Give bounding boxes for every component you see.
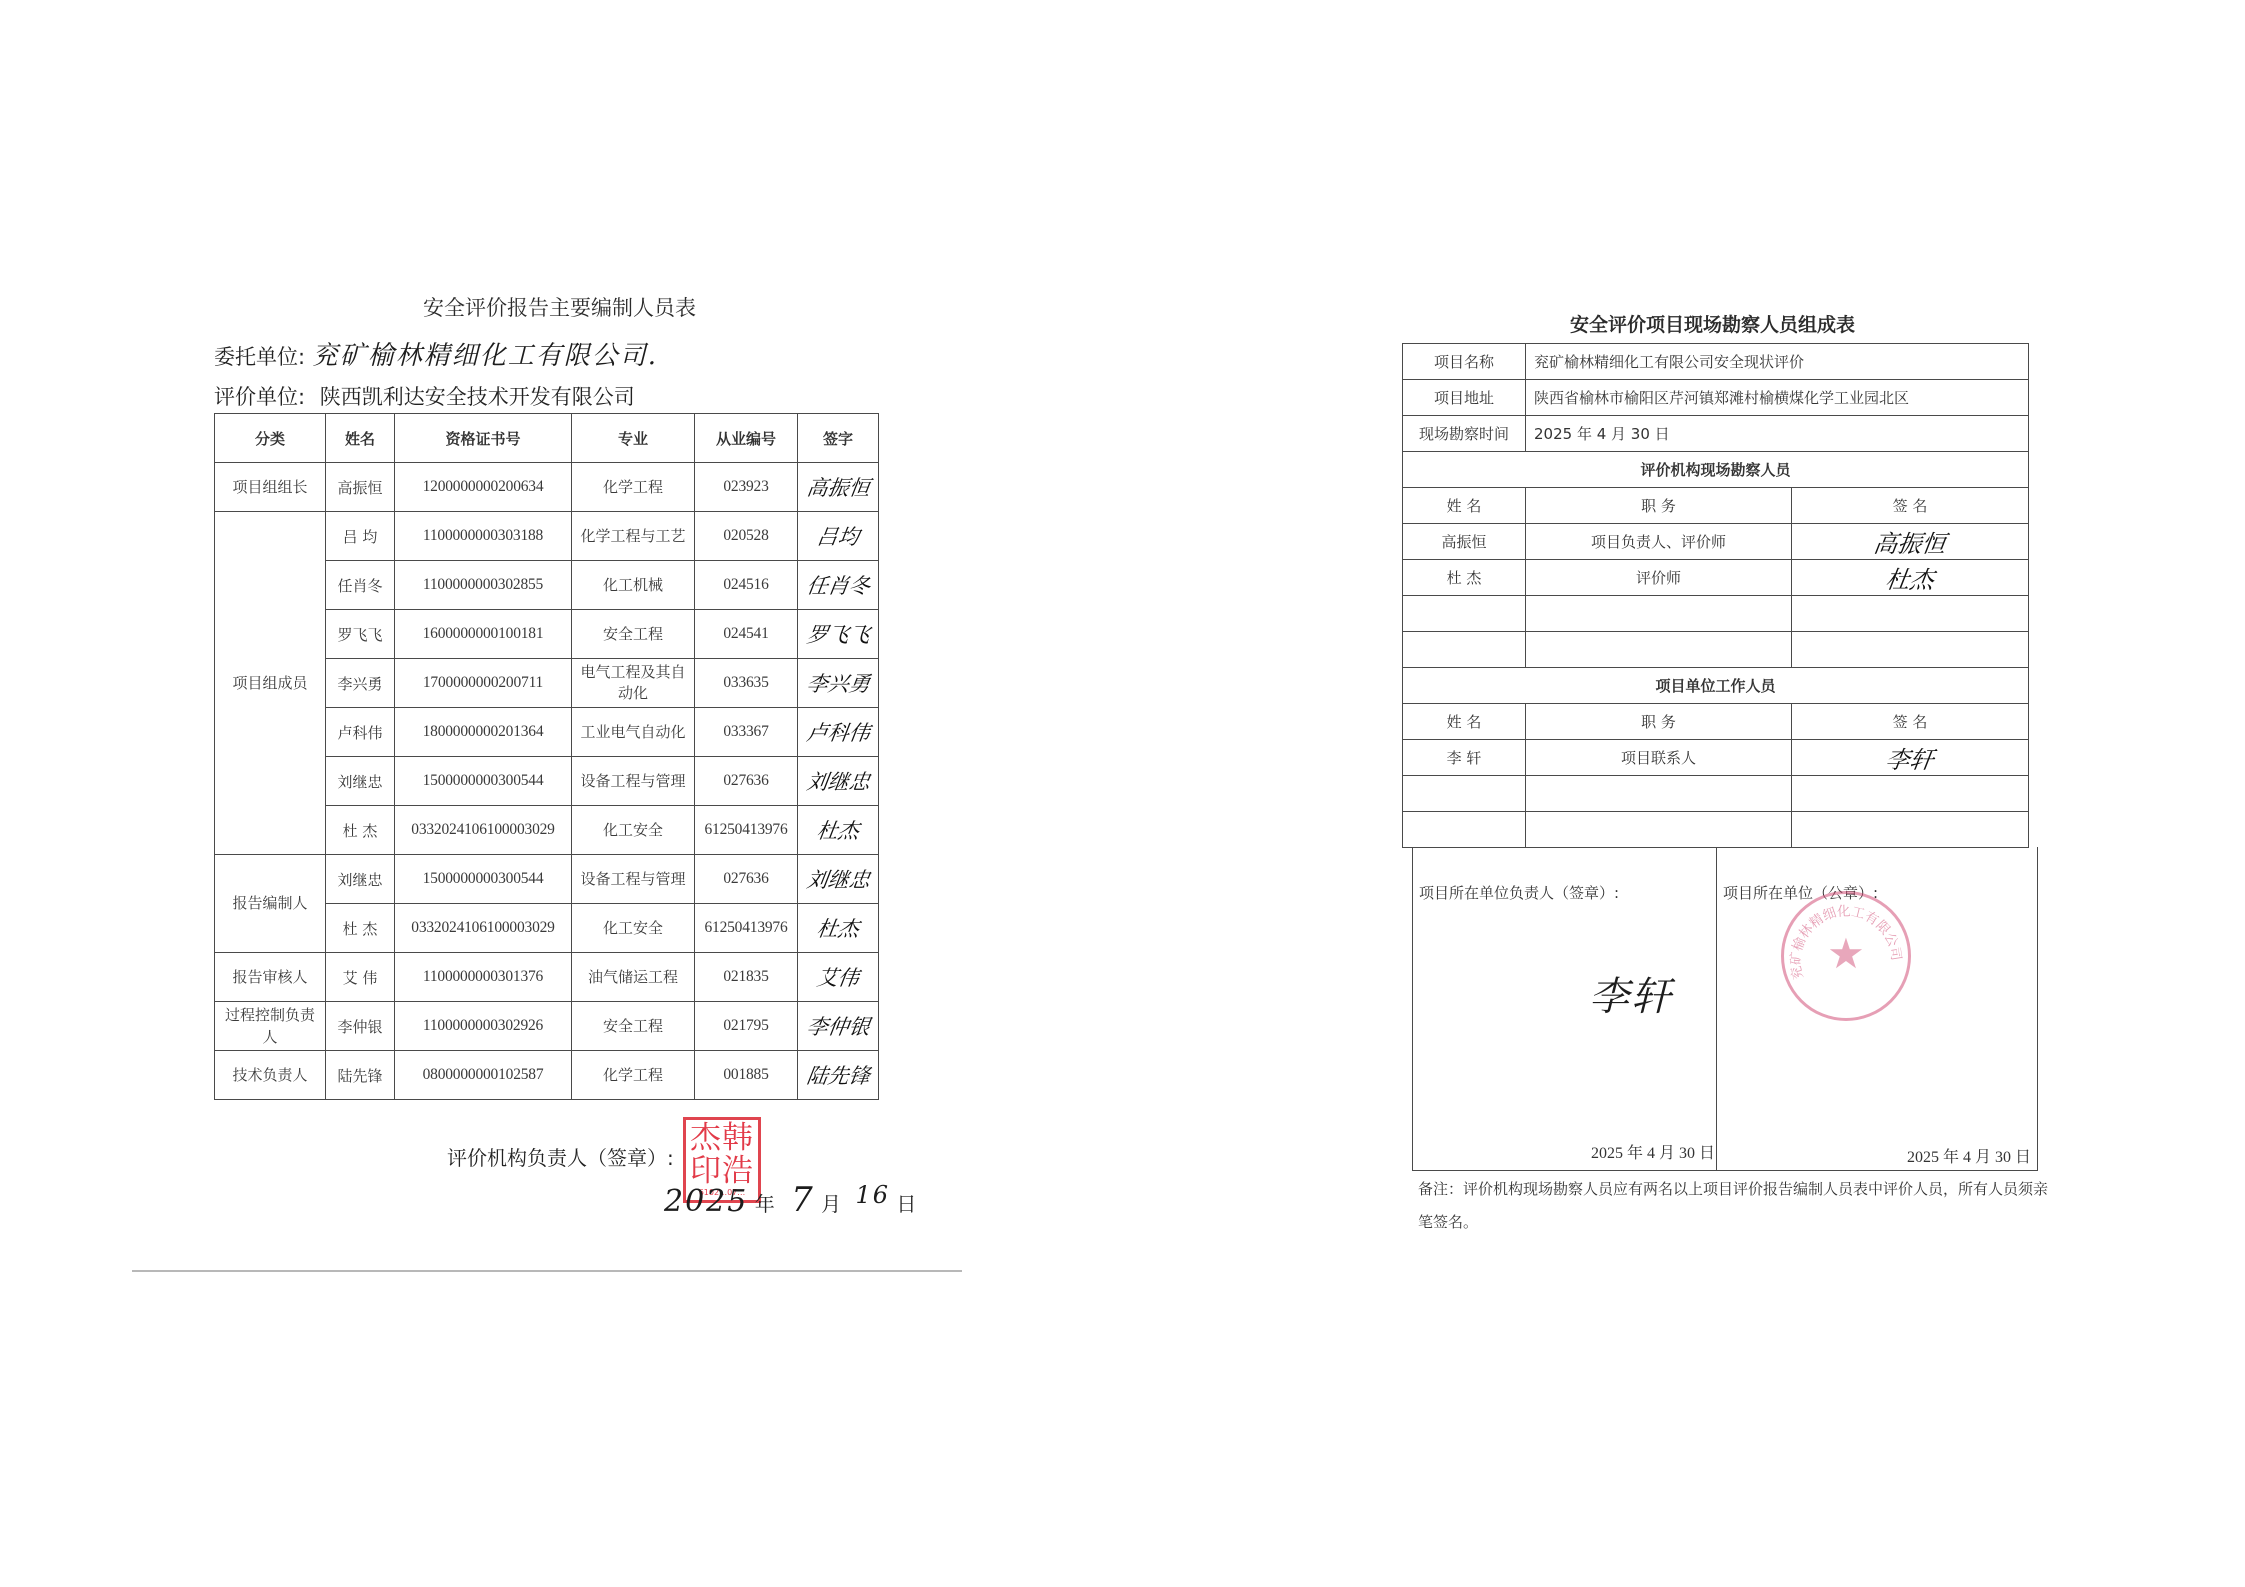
cert-number-cell: 0332024106100003029 xyxy=(395,904,572,953)
reg-number-cell: 021795 xyxy=(695,1002,798,1051)
staff-table: 分类 姓名 资格证书号 专业 从业编号 签字 项目组组长高振恒120000000… xyxy=(214,413,879,1100)
handwritten-signature: 杜杰 xyxy=(815,913,861,943)
unit-head-date: 2025 年 4 月 30 日 xyxy=(1591,1140,1715,1163)
unit-head-signature: 李轩 xyxy=(1589,965,1673,1022)
col-header-name: 姓 名 xyxy=(1403,488,1526,524)
table-row: 李 轩项目联系人李轩 xyxy=(1403,740,2029,776)
name-cell: 李兴勇 xyxy=(326,659,395,708)
handwritten-signature: 罗飞飞 xyxy=(804,619,871,649)
signature-cell: 刘继忠 xyxy=(798,757,879,806)
unit-seal-date: 2025 年 4 月 30 日 xyxy=(1907,1144,2031,1167)
cert-number-cell: 1700000000200711 xyxy=(395,659,572,708)
cert-number-cell: 1100000000303188 xyxy=(395,512,572,561)
name-cell: 杜 杰 xyxy=(326,904,395,953)
reg-number-cell: 024541 xyxy=(695,610,798,659)
handwritten-signature: 陆先锋 xyxy=(804,1060,871,1090)
svg-text:兖矿榆林精细化工有限公司: 兖矿榆林精细化工有限公司 xyxy=(1788,903,1904,981)
signature-cell: 高振恒 xyxy=(1792,524,2029,560)
major-cell: 化学工程 xyxy=(572,1051,695,1100)
cert-number-cell: 1800000000201364 xyxy=(395,708,572,757)
date-month-suffix: 月 xyxy=(821,1192,841,1216)
reg-number-cell: 61250413976 xyxy=(695,904,798,953)
client-value-handwritten: 兖矿榆林精细化工有限公司. xyxy=(312,341,658,371)
unit-head-sign-box: 项目所在单位负责人（签章）: 李轩 2025 年 4 月 30 日 xyxy=(1412,847,1716,1171)
table-row: 报告审核人艾 伟1100000000301376油气储运工程021835艾伟 xyxy=(215,953,879,1002)
handwritten-signature: 高振恒 xyxy=(1872,524,1949,559)
info-row: 现场勘察时间2025 年 4 月 30 日 xyxy=(1403,416,2029,452)
signature-cell: 陆先锋 xyxy=(798,1051,879,1100)
major-cell: 化学工程 xyxy=(572,463,695,512)
duty-cell: 项目联系人 xyxy=(1526,740,1792,776)
info-value: 2025 年 4 月 30 日 xyxy=(1526,416,2029,452)
date-year-handwritten: 2025 xyxy=(664,1184,748,1219)
survey-staff-table: 项目名称兖矿榆林精细化工有限公司安全现状评价项目地址陕西省榆林市榆阳区芹河镇郑滩… xyxy=(1402,343,2029,848)
signature-cell: 李轩 xyxy=(1792,740,2029,776)
left-sign-date: 2025 年 7 月 16 日 xyxy=(664,1180,916,1220)
cert-number-cell: 1500000000300544 xyxy=(395,855,572,904)
reg-number-cell: 027636 xyxy=(695,757,798,806)
signature-cell xyxy=(1792,596,2029,632)
name-cell: 高振恒 xyxy=(1403,524,1526,560)
major-cell: 安全工程 xyxy=(572,610,695,659)
name-cell: 李 轩 xyxy=(1403,740,1526,776)
cert-number-cell: 1100000000302926 xyxy=(395,1002,572,1051)
duty-cell xyxy=(1526,776,1792,812)
unit-seal-box: 项目所在单位（公章）: ★ 兖矿榆林精细化工有限公司 2025 年 4 月 30… xyxy=(1716,847,2038,1171)
right-doc-title: 安全评价项目现场勘察人员组成表 xyxy=(1570,310,1855,337)
handwritten-signature: 李仲银 xyxy=(804,1011,871,1041)
category-cell: 过程控制负责人 xyxy=(215,1002,326,1051)
handwritten-signature: 杜杰 xyxy=(1884,560,1937,595)
signature-cell: 李仲银 xyxy=(798,1002,879,1051)
reg-number-cell: 61250413976 xyxy=(695,806,798,855)
handwritten-signature: 卢科伟 xyxy=(804,717,871,747)
table-row xyxy=(1403,812,2029,848)
info-label: 现场勘察时间 xyxy=(1403,416,1526,452)
cert-number-cell: 1100000000302855 xyxy=(395,561,572,610)
evaluator-value: 陕西凯利达安全技术开发有限公司 xyxy=(320,385,635,409)
col-header-sign: 签 名 xyxy=(1792,704,2029,740)
client-label: 委托单位: xyxy=(214,345,305,369)
signature-cell: 吕均 xyxy=(798,512,879,561)
name-cell: 高振恒 xyxy=(326,463,395,512)
name-cell xyxy=(1403,632,1526,668)
name-cell: 吕 均 xyxy=(326,512,395,561)
major-cell: 安全工程 xyxy=(572,1002,695,1051)
name-cell: 艾 伟 xyxy=(326,953,395,1002)
duty-cell xyxy=(1526,632,1792,668)
unit-section: 项目单位工作人员 xyxy=(1403,668,2029,704)
signature-cell: 罗飞飞 xyxy=(798,610,879,659)
signature-cell xyxy=(1792,632,2029,668)
head-sign-label: 评价机构负责人（签章）: xyxy=(447,1142,674,1171)
reg-number-cell: 033635 xyxy=(695,659,798,708)
evaluator-label: 评价单位: xyxy=(214,385,305,409)
reg-number-cell: 027636 xyxy=(695,855,798,904)
table-header-row: 分类 姓名 资格证书号 专业 从业编号 签字 xyxy=(215,414,879,463)
column-header-row: 姓 名职 务签 名 xyxy=(1403,488,2029,524)
table-row: 高振恒项目负责人、评价师高振恒 xyxy=(1403,524,2029,560)
info-row: 项目名称兖矿榆林精细化工有限公司安全现状评价 xyxy=(1403,344,2029,380)
name-cell: 任肖冬 xyxy=(326,561,395,610)
cert-number-cell: 1200000000200634 xyxy=(395,463,572,512)
handwritten-signature: 任肖冬 xyxy=(804,570,871,600)
left-doc-title: 安全评价报告主要编制人员表 xyxy=(423,292,696,322)
signature-cell: 高振恒 xyxy=(798,463,879,512)
category-cell: 报告编制人 xyxy=(215,855,326,953)
signature-cell: 卢科伟 xyxy=(798,708,879,757)
table-row: 项目组组长高振恒1200000000200634化学工程023923高振恒 xyxy=(215,463,879,512)
name-cell: 刘继忠 xyxy=(326,757,395,806)
handwritten-signature: 李轩 xyxy=(1884,740,1937,775)
col-header-duty: 职 务 xyxy=(1526,704,1792,740)
signature-cell: 杜杰 xyxy=(1792,560,2029,596)
seal-ring-text: 兖矿榆林精细化工有限公司 xyxy=(1784,894,1908,1018)
reg-number-cell: 021835 xyxy=(695,953,798,1002)
handwritten-signature: 高振恒 xyxy=(804,472,871,502)
major-cell: 化学工程与工艺 xyxy=(572,512,695,561)
table-row: 杜 杰评价师杜杰 xyxy=(1403,560,2029,596)
duty-cell xyxy=(1526,596,1792,632)
cert-number-cell: 1600000000100181 xyxy=(395,610,572,659)
duty-cell: 项目负责人、评价师 xyxy=(1526,524,1792,560)
date-day-suffix: 日 xyxy=(896,1192,916,1216)
reg-number-cell: 020528 xyxy=(695,512,798,561)
major-cell: 工业电气自动化 xyxy=(572,708,695,757)
category-cell: 项目组成员 xyxy=(215,512,326,855)
reg-number-cell: 033367 xyxy=(695,708,798,757)
evaluator-section: 评价机构现场勘察人员 xyxy=(1403,452,2029,488)
signature-cell xyxy=(1792,776,2029,812)
category-cell: 技术负责人 xyxy=(215,1051,326,1100)
major-cell: 设备工程与管理 xyxy=(572,757,695,806)
handwritten-signature: 刘继忠 xyxy=(804,864,871,894)
cert-number-cell: 1100000000301376 xyxy=(395,953,572,1002)
table-row: 过程控制负责人李仲银1100000000302926安全工程021795李仲银 xyxy=(215,1002,879,1051)
cert-number-cell: 0800000000102587 xyxy=(395,1051,572,1100)
category-cell: 报告审核人 xyxy=(215,953,326,1002)
col-header-name: 姓 名 xyxy=(1403,704,1526,740)
handwritten-signature: 吕均 xyxy=(815,521,861,551)
reg-number-cell: 001885 xyxy=(695,1051,798,1100)
name-cell: 罗飞飞 xyxy=(326,610,395,659)
table-row xyxy=(1403,632,2029,668)
col-header-sign: 签字 xyxy=(798,414,879,463)
reg-number-cell: 023923 xyxy=(695,463,798,512)
signature-cell: 杜杰 xyxy=(798,904,879,953)
date-month-handwritten: 7 xyxy=(791,1180,815,1220)
major-cell: 化工安全 xyxy=(572,806,695,855)
name-cell: 卢科伟 xyxy=(326,708,395,757)
col-header-major: 专业 xyxy=(572,414,695,463)
name-cell: 陆先锋 xyxy=(326,1051,395,1100)
unit-head-label: 项目所在单位负责人（签章）: xyxy=(1419,882,1619,903)
major-cell: 化工机械 xyxy=(572,561,695,610)
signature-cell xyxy=(1792,812,2029,848)
date-day-handwritten: 16 xyxy=(855,1181,890,1209)
name-cell: 刘继忠 xyxy=(326,855,395,904)
evaluator-section-title: 评价机构现场勘察人员 xyxy=(1403,452,2029,488)
signature-cell: 任肖冬 xyxy=(798,561,879,610)
col-header-name: 姓名 xyxy=(326,414,395,463)
major-cell: 化工安全 xyxy=(572,904,695,953)
handwritten-signature: 艾伟 xyxy=(815,962,861,992)
table-row xyxy=(1403,776,2029,812)
major-cell: 油气储运工程 xyxy=(572,953,695,1002)
category-cell: 项目组组长 xyxy=(215,463,326,512)
col-header-duty: 职 务 xyxy=(1526,488,1792,524)
col-header-category: 分类 xyxy=(215,414,326,463)
unit-section-title: 项目单位工作人员 xyxy=(1403,668,2029,704)
table-row xyxy=(1403,596,2029,632)
client-line: 委托单位: 兖矿榆林精细化工有限公司. xyxy=(214,335,658,372)
cert-number-cell: 0332024106100003029 xyxy=(395,806,572,855)
cert-number-cell: 1500000000300544 xyxy=(395,757,572,806)
name-cell: 杜 杰 xyxy=(326,806,395,855)
info-value: 兖矿榆林精细化工有限公司安全现状评价 xyxy=(1526,344,2029,380)
handwritten-signature: 李兴勇 xyxy=(804,668,871,698)
info-value: 陕西省榆林市榆阳区芹河镇郑滩村榆横煤化学工业园北区 xyxy=(1526,380,2029,416)
handwritten-signature: 杜杰 xyxy=(815,815,861,845)
name-cell: 杜 杰 xyxy=(1403,560,1526,596)
company-seal: ★ 兖矿榆林精细化工有限公司 xyxy=(1781,891,1911,1021)
table-row: 项目组成员吕 均1100000000303188化学工程与工艺020528吕均 xyxy=(215,512,879,561)
duty-cell: 评价师 xyxy=(1526,560,1792,596)
info-label: 项目地址 xyxy=(1403,380,1526,416)
signature-cell: 杜杰 xyxy=(798,806,879,855)
name-cell: 李仲银 xyxy=(326,1002,395,1051)
major-cell: 电气工程及其自动化 xyxy=(572,659,695,708)
reg-number-cell: 024516 xyxy=(695,561,798,610)
remarks-note: 备注：评价机构现场勘察人员应有两名以上项目评价报告编制人员表中评价人员，所有人员… xyxy=(1418,1173,2058,1239)
page-edge-divider xyxy=(132,1270,962,1272)
name-cell xyxy=(1403,596,1526,632)
stamp-line-1: 杰韩 xyxy=(690,1122,754,1155)
handwritten-signature: 刘继忠 xyxy=(804,766,871,796)
signature-cell: 刘继忠 xyxy=(798,855,879,904)
column-header-row: 姓 名职 务签 名 xyxy=(1403,704,2029,740)
info-label: 项目名称 xyxy=(1403,344,1526,380)
evaluator-line: 评价单位: 陕西凯利达安全技术开发有限公司 xyxy=(214,381,635,411)
col-header-sign: 签 名 xyxy=(1792,488,2029,524)
duty-cell xyxy=(1526,812,1792,848)
name-cell xyxy=(1403,776,1526,812)
col-header-cert: 资格证书号 xyxy=(395,414,572,463)
table-row: 报告编制人刘继忠1500000000300544设备工程与管理027636刘继忠 xyxy=(215,855,879,904)
table-row: 技术负责人陆先锋0800000000102587化学工程001885陆先锋 xyxy=(215,1051,879,1100)
date-year-suffix: 年 xyxy=(755,1192,775,1216)
signature-cell: 李兴勇 xyxy=(798,659,879,708)
major-cell: 设备工程与管理 xyxy=(572,855,695,904)
col-header-reg: 从业编号 xyxy=(695,414,798,463)
name-cell xyxy=(1403,812,1526,848)
info-row: 项目地址陕西省榆林市榆阳区芹河镇郑滩村榆横煤化学工业园北区 xyxy=(1403,380,2029,416)
signature-cell: 艾伟 xyxy=(798,953,879,1002)
